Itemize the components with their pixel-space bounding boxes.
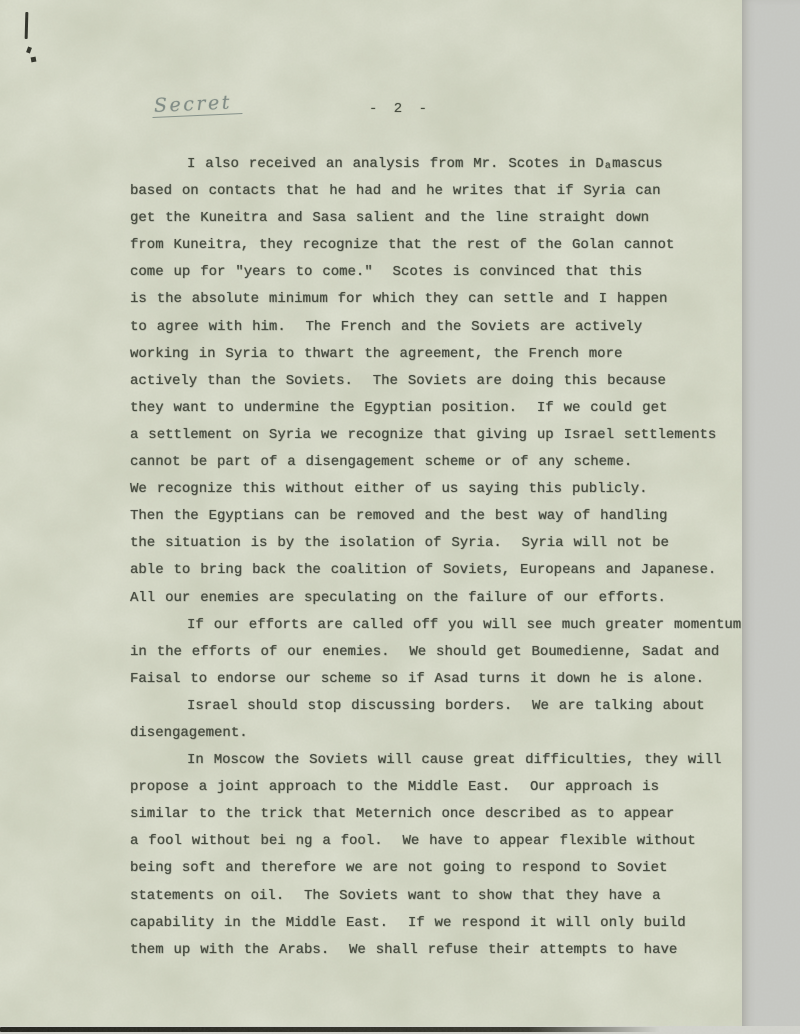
paragraph: I also received an analysis from Mr. Sco… [130,151,745,612]
typewritten-line: being soft and therefore we are not goin… [130,855,745,882]
typewritten-line: in the efforts of our enemies. We should… [130,639,745,666]
document-body: I also received an analysis from Mr. Sco… [130,151,745,964]
typewritten-line: get the Kuneitra and Sasa salient and th… [130,205,745,232]
page-number: - 2 - [369,101,431,117]
typewritten-line: is the absolute minimum for which they c… [130,286,745,313]
typewritten-line: capability in the Middle East. If we res… [130,910,745,937]
typewritten-line: able to bring back the coalition of Sovi… [130,557,745,584]
typewritten-line: similar to the trick that Meternich once… [130,801,745,828]
paragraph: Israel should stop discussing borders. W… [130,693,745,747]
typewritten-line: them up with the Arabs. We shall refuse … [130,937,745,964]
typewritten-line: a fool without bei ng a fool. We have to… [130,828,745,855]
ink-mark [25,12,29,39]
page-edge-shadow [0,1027,660,1032]
typewritten-line: statements on oil. The Soviets want to s… [130,883,745,910]
typewritten-line: In Moscow the Soviets will cause great d… [130,747,745,774]
typewritten-line: Then the Egyptians can be removed and th… [130,503,745,530]
typewritten-line: All our enemies are speculating on the f… [130,585,745,612]
ink-mark [31,57,37,63]
scanner-edge-strip [742,0,800,1034]
ink-mark [26,46,32,53]
paragraph: In Moscow the Soviets will cause great d… [130,747,745,964]
typewritten-line: I also received an analysis from Mr. Sco… [130,151,745,178]
typewritten-line: from Kuneitra, they recognize that the r… [130,232,745,259]
typewritten-line: Israel should stop discussing borders. W… [130,693,745,720]
typewritten-line: come up for "years to come." Scotes is c… [130,259,745,286]
typewritten-line: cannot be part of a disengagement scheme… [130,449,745,476]
paragraph: If our efforts are called off you will s… [130,612,745,693]
typewritten-line: they want to undermine the Egyptian posi… [130,395,745,422]
typewritten-line: to agree with him. The French and the So… [130,314,745,341]
typewritten-line: the situation is by the isolation of Syr… [130,530,745,557]
typewritten-line: propose a joint approach to the Middle E… [130,774,745,801]
typewritten-line: working in Syria to thwart the agreement… [130,341,745,368]
typewritten-line: We recognize this without either of us s… [130,476,745,503]
typewritten-line: a settlement on Syria we recognize that … [130,422,745,449]
handwritten-classification: Secret [152,91,243,118]
typewritten-line: actively than the Soviets. The Soviets a… [130,368,745,395]
typewritten-line: disengagement. [130,720,745,747]
typewritten-line: based on contacts that he had and he wri… [130,178,745,205]
typewritten-line: If our efforts are called off you will s… [130,612,745,639]
scanned-document-page: Secret - 2 - I also received an analysis… [0,0,800,1034]
typewritten-line: Faisal to endorse our scheme so if Asad … [130,666,745,693]
